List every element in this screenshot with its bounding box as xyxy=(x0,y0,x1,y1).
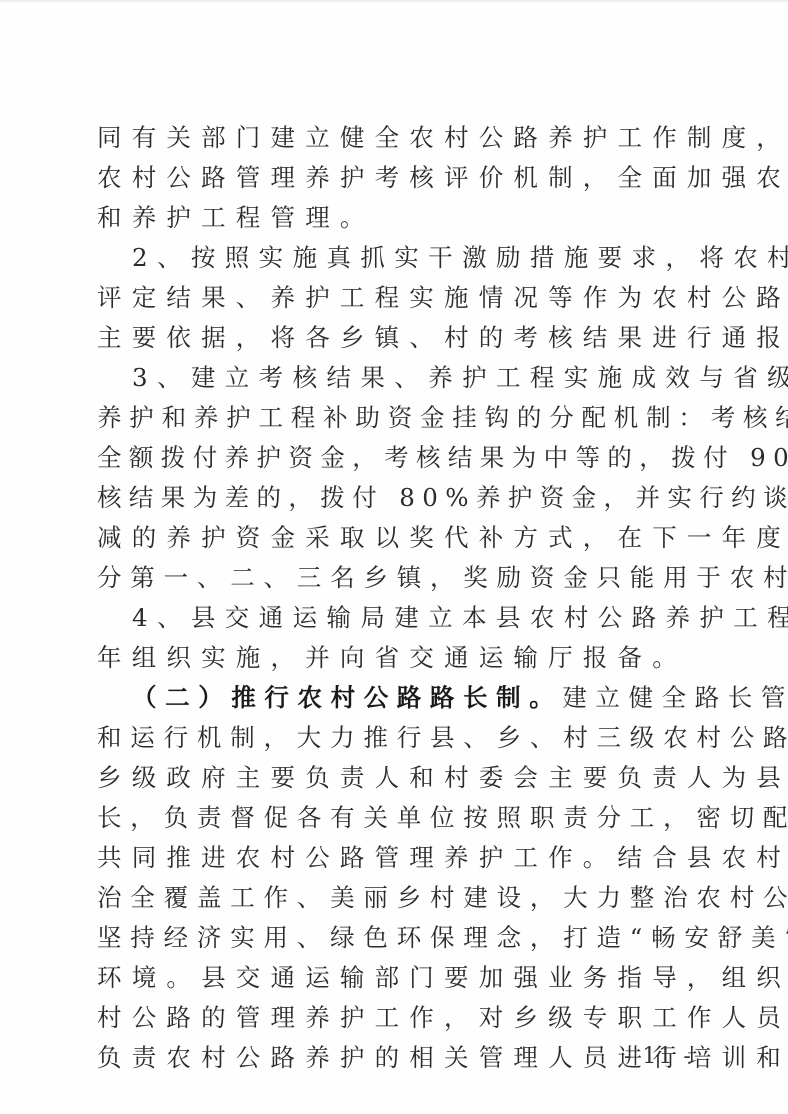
text-line: 评定结果、养护工程实施情况等作为农村公路养护年度考核的 xyxy=(97,281,697,315)
section-heading: （二）推行农村公路路长制。 xyxy=(132,683,562,712)
text-line: 共同推进农村公路管理养护工作。结合县农村人居环境综合整 xyxy=(97,841,697,875)
text-line: 治全覆盖工作、美丽乡村建设，大力整治农村公路路域环境， xyxy=(97,881,697,915)
text-line: 养护和养护工程补助资金挂钩的分配机制：考核结果为优良的， xyxy=(97,401,697,435)
text-line: 减的养护资金采取以奖代补方式，在下一年度奖励考核综合评 xyxy=(97,521,697,555)
text-line: 坚持经济实用、绿色环保理念，打造“畅安舒美”的农村交通 xyxy=(97,921,697,955)
section-heading-continuation: 建立健全路长管理责任体系 xyxy=(562,683,788,712)
section-heading-line: （二）推行农村公路路长制。建立健全路长管理责任体系 xyxy=(132,681,732,715)
text-line: 农村公路管理养护考核评价机制，全面加强农村公路日常养护 xyxy=(97,161,697,195)
text-line: 3、建立考核结果、养护工程实施成效与省级农村公路日常 xyxy=(132,361,732,395)
text-line: 全额拨付养护资金，考核结果为中等的，拨付 90%养护资金，考 xyxy=(97,441,697,475)
text-line: 和养护工程管理。 xyxy=(97,201,697,235)
text-line: 环境。县交通运输部门要加强业务指导，组织开展本辖区内农 xyxy=(97,961,697,995)
text-line: 主要依据，将各乡镇、村的考核结果进行通报。 xyxy=(97,321,697,355)
text-line: 同有关部门建立健全农村公路养护工作制度，完善对乡镇村级 xyxy=(97,121,697,155)
scan-edge xyxy=(0,0,788,3)
page-number: - 11 - xyxy=(624,1042,693,1072)
text-line: 乡级政府主要负责人和村委会主要负责人为县、乡、村三级路 xyxy=(97,761,697,795)
text-line: 负责农村公路养护的相关管理人员进行培训和指导。 xyxy=(97,1041,697,1075)
text-line: 村公路的管理养护工作，对乡级专职工作人员和村民委员会中 xyxy=(97,1001,697,1035)
text-line: 核结果为差的，拨付 80%养护资金，并实行约谈、责令整改；扣 xyxy=(97,481,697,515)
text-line: 分第一、二、三名乡镇，奖励资金只能用于农村公路日常养护。 xyxy=(97,561,697,595)
text-line: 长，负责督促各有关单位按照职责分工，密切配合、协调联动， xyxy=(97,801,697,835)
document-page: 同有关部门建立健全农村公路养护工作制度，完善对乡镇村级 农村公路管理养护考核评价… xyxy=(0,0,788,1114)
text-line: 和运行机制，大力推行县、乡、村三级农村公路路长制。县、 xyxy=(97,721,697,755)
text-line: 年组织实施，并向省交通运输厅报备。 xyxy=(97,641,697,675)
text-line: 4、县交通运输局建立本县农村公路养护工程项目清单，按 xyxy=(132,601,732,635)
text-line: 2、按照实施真抓实干激励措施要求，将农村公路路况检测 xyxy=(132,241,732,275)
